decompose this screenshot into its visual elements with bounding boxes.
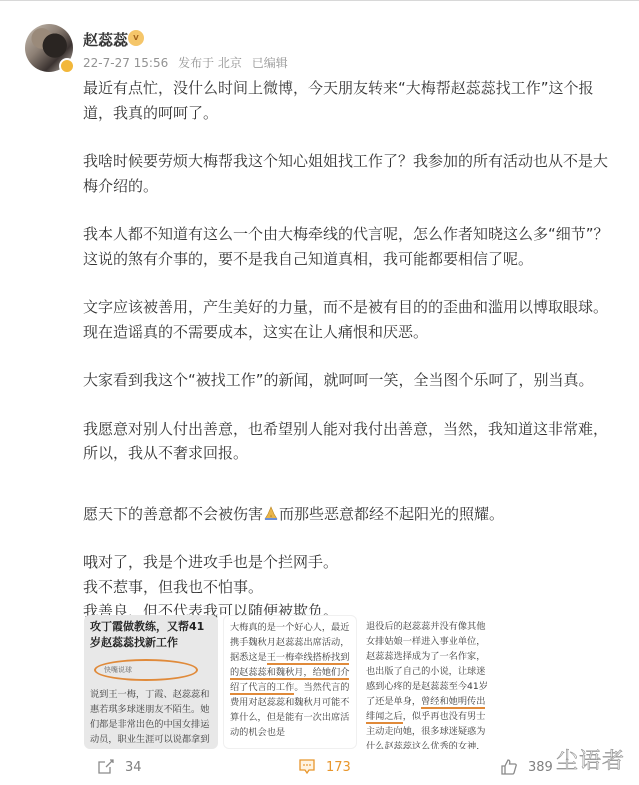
post-location: 发布于 北京 — [178, 56, 242, 70]
share-icon — [97, 758, 115, 776]
closing-line: 我不惹事，但我也不怕事。 — [83, 575, 613, 600]
post-date: 22-7-27 15:56 — [83, 56, 168, 70]
post-image-2[interactable]: 大梅真的是一个好心人，最近携手魏秋月赵蕊蕊出席活动，据悉这是王一梅牵线搭桥找到的… — [223, 615, 357, 749]
paragraph: 大家看到我这个“被找工作”的新闻，就呵呵一笑，全当图个乐呵了，别当真。 — [83, 368, 613, 393]
author-name[interactable]: 赵蕊蕊 — [83, 29, 128, 50]
paragraph: 文字应该被善用，产生美好的力量，而不是被有目的的歪曲和滥用以博取眼球。现在造谣真… — [83, 295, 613, 344]
praying-hands-icon — [263, 504, 279, 520]
comment-count: 173 — [326, 760, 351, 775]
share-button[interactable]: 34 — [97, 758, 142, 776]
image-grid: 攻丁霞做教练，又帮41岁赵蕊蕊找新工作 快嘴说球 说到王一梅，丁霞、赵蕊蕊和惠若… — [84, 615, 516, 749]
paragraph: 我啥时候要劳烦大梅帮我这个知心姐姐找工作了？我参加的所有活动也从不是大梅介绍的。 — [83, 149, 613, 198]
blessing-text: 而那些恶意都经不起阳光的照耀。 — [279, 505, 504, 523]
blessing-line: 愿天下的善意都不会被伤害而那些恶意都经不起阳光的照耀。 — [83, 502, 613, 527]
thumbs-up-icon — [500, 758, 518, 776]
post-image-1[interactable]: 攻丁霞做教练，又帮41岁赵蕊蕊找新工作 快嘴说球 说到王一梅，丁霞、赵蕊蕊和惠若… — [84, 615, 218, 749]
image-body: 退役后的赵蕊蕊并没有像其他女排姑娘一样进入事业单位，赵蕊蕊选择成为了一名作家，也… — [366, 621, 488, 707]
image-body: 说到王一梅，丁霞、赵蕊蕊和惠若琪多球迷朋友不陌生。她们都是非常出色的中国女排运动… — [90, 687, 212, 749]
image-footer: 非常难得 — [230, 748, 350, 749]
comment-button[interactable]: 173 — [298, 758, 351, 776]
post-content: 最近有点忙，没什么时间上微博，今天朋友转来“大梅帮赵蕊蕊找工作”这个报道，我真的… — [83, 76, 613, 624]
paragraph: 最近有点忙，没什么时间上微博，今天朋友转来“大梅帮赵蕊蕊找工作”这个报道，我真的… — [83, 76, 613, 125]
watermark: 尘语者 — [556, 744, 625, 775]
image-source-circled: 快嘴说球 — [94, 659, 198, 681]
post-meta: 22-7-27 15:56 发布于 北京 已编辑 — [83, 54, 294, 71]
post-image-3[interactable]: 退役后的赵蕊蕊并没有像其他女排姑娘一样进入事业单位，赵蕊蕊选择成为了一名作家，也… — [360, 615, 494, 749]
comment-icon — [298, 758, 316, 776]
paragraph: 我本人都不知道有这么一个由大梅牵线的代言呢，怎么作者知晓这么多“细节”？这说的煞… — [83, 222, 613, 271]
verified-badge-icon — [59, 58, 75, 74]
action-bar: 34 173 389 — [0, 764, 639, 785]
like-button[interactable]: 389 — [500, 758, 553, 776]
blessing-text: 愿天下的善意都不会被伤害 — [83, 505, 263, 523]
closing-line: 哦对了，我是个进攻手也是个拦网手。 — [83, 550, 613, 575]
vip-badge-icon: V — [128, 30, 144, 46]
share-count: 34 — [125, 760, 142, 775]
paragraph: 我愿意对别人付出善意，也希望别人能对我付出善意，当然，我知道这非常难，所以，我从… — [83, 417, 613, 466]
edited-label[interactable]: 已编辑 — [252, 56, 288, 70]
top-divider — [0, 0, 639, 1]
like-count: 389 — [528, 760, 553, 775]
image-headline: 攻丁霞做教练，又帮41岁赵蕊蕊找新工作 — [90, 619, 212, 651]
